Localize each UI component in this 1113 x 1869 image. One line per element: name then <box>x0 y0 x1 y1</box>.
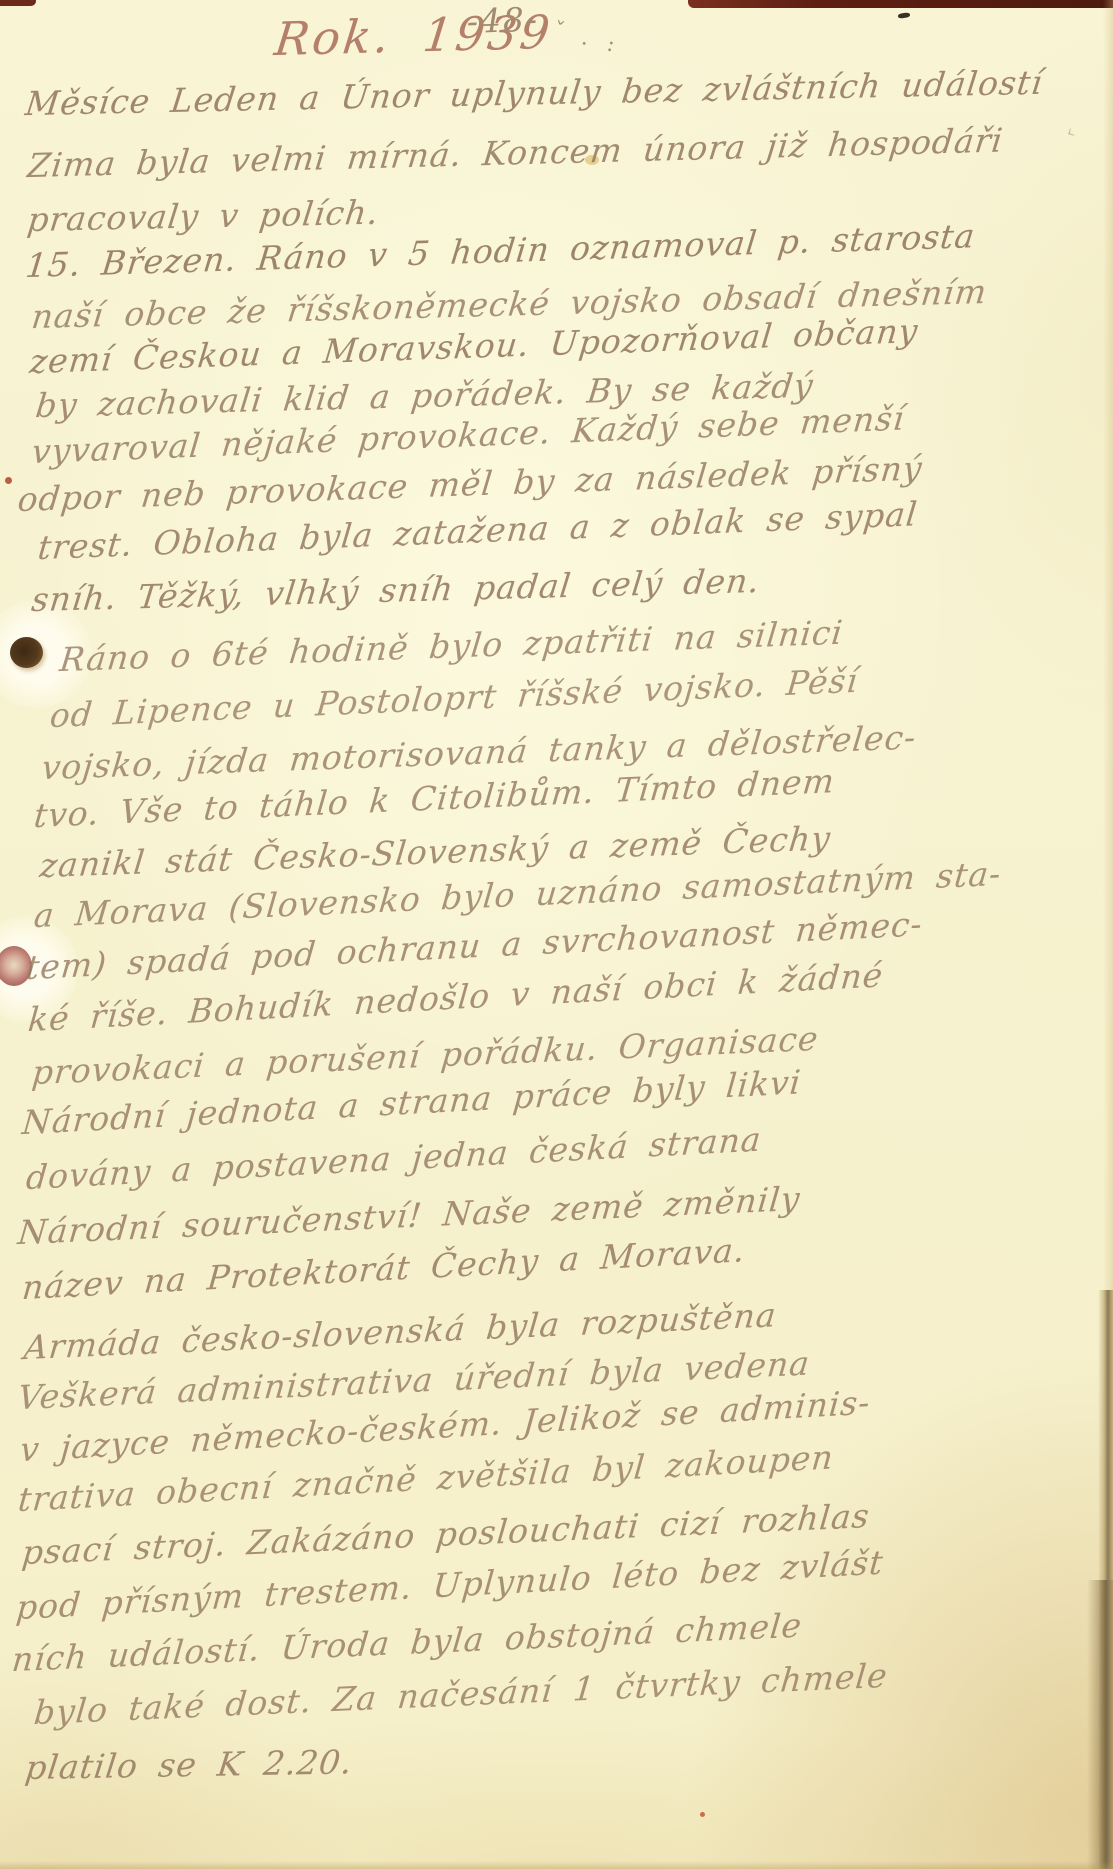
manuscript-line: Měsíce Leden a Únor uplynuly bez zvláštn… <box>23 63 1045 123</box>
red-speck <box>5 477 12 484</box>
page-number: -48- <box>466 0 540 41</box>
manuscript-line: platilo se K 2.20. <box>23 1742 355 1787</box>
manuscript-line: sníh. Těžký, vlhký sníh padal celý den. <box>30 561 763 619</box>
page-edge-shadow <box>1103 0 1113 1300</box>
page-number-mark: ˇ . : <box>550 18 623 59</box>
binding-edge-top-left <box>0 0 36 6</box>
bottom-edge-shadow <box>0 1861 1113 1869</box>
manuscript-line: Zima byla velmi mírná. Koncem února již … <box>26 120 1006 185</box>
book-page-edges-corner <box>1087 1580 1113 1869</box>
punch-hole-upper <box>10 637 43 668</box>
faint-pencil-mark: ‹ <box>1061 120 1080 145</box>
binding-edge-top-right <box>688 0 1113 8</box>
manuscript-line: pracovaly v polích. <box>25 193 381 239</box>
chronicle-page-scan: ‹ Rok. 1939 -48- ˇ . : Měsíce Leden a Ún… <box>0 0 1113 1869</box>
red-speck <box>700 1812 705 1817</box>
ink-speck <box>898 12 911 19</box>
